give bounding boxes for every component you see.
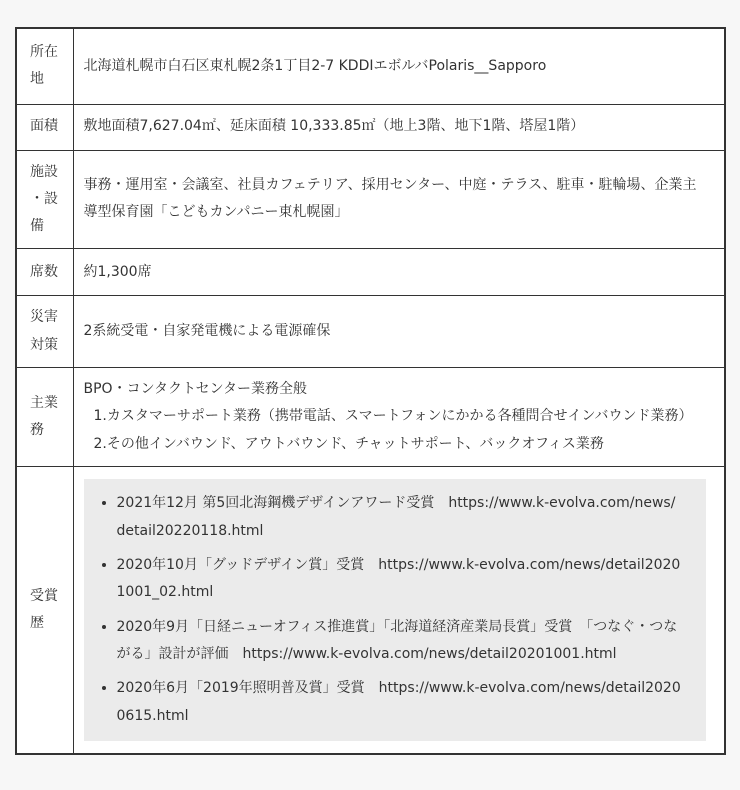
business-line: BPO・コンタクトセンター業務全般 [84, 376, 711, 403]
table-row-disaster: 災害対策 2系統受電・自家発電機による電源確保 [16, 296, 725, 368]
row-label-awards: 受賞歴 [16, 466, 73, 754]
row-label-location: 所在地 [16, 28, 73, 104]
award-item: 2021年12月 第5回北海鋼機デザインアワード受賞 https://www.k… [117, 490, 683, 545]
award-item: 2020年9月「日経ニューオフィス推進賞」「北海道経済産業局長賞」受賞 「つなぐ… [117, 614, 683, 669]
row-value-location: 北海道札幌市白石区東札幌2条1丁目2-7 KDDIエボルバPolaris__Sa… [73, 28, 725, 104]
row-value-facilities: 事務・運用室・会議室、社員カフェテリア、採用センター、中庭・テラス、駐車・駐輪場… [73, 150, 725, 249]
table-row-main-business: 主業務 BPO・コンタクトセンター業務全般 1.カスタマーサポート業務（携帯電話… [16, 367, 725, 466]
row-value-area: 敷地面積7,627.04㎡、延床面積 10,333.85㎡（地上3階、地下1階、… [73, 104, 725, 150]
awards-list: 2021年12月 第5回北海鋼機デザインアワード受賞 https://www.k… [84, 479, 707, 740]
business-line: 1.カスタマーサポート業務（携帯電話、スマートフォンにかかる各種問合せインバウン… [84, 403, 711, 430]
award-item: 2020年10月「グッドデザイン賞」受賞 https://www.k-evolv… [117, 552, 683, 607]
row-label-seats: 席数 [16, 249, 73, 296]
row-value-seats: 約1,300席 [73, 249, 725, 296]
row-value-disaster: 2系統受電・自家発電機による電源確保 [73, 296, 725, 368]
award-item: 2020年6月「2019年照明普及賞」受賞 https://www.k-evol… [117, 675, 683, 730]
row-label-facilities: 施設・設備 [16, 150, 73, 249]
row-value-main-business: BPO・コンタクトセンター業務全般 1.カスタマーサポート業務（携帯電話、スマー… [73, 367, 725, 466]
table-row-location: 所在地 北海道札幌市白石区東札幌2条1丁目2-7 KDDIエボルバPolaris… [16, 28, 725, 104]
table-row-facilities: 施設・設備 事務・運用室・会議室、社員カフェテリア、採用センター、中庭・テラス、… [16, 150, 725, 249]
table-row-seats: 席数 約1,300席 [16, 249, 725, 296]
facility-info-table: 所在地 北海道札幌市白石区東札幌2条1丁目2-7 KDDIエボルバPolaris… [15, 27, 726, 755]
row-label-area: 面積 [16, 104, 73, 150]
table-row-awards: 受賞歴 2021年12月 第5回北海鋼機デザインアワード受賞 https://w… [16, 466, 725, 754]
business-line: 2.その他インバウンド、アウトバウンド、チャットサポート、バックオフィス業務 [84, 431, 711, 458]
row-label-main-business: 主業務 [16, 367, 73, 466]
table-row-area: 面積 敷地面積7,627.04㎡、延床面積 10,333.85㎡（地上3階、地下… [16, 104, 725, 150]
awards-box: 2021年12月 第5回北海鋼機デザインアワード受賞 https://www.k… [84, 479, 707, 740]
row-value-awards: 2021年12月 第5回北海鋼機デザインアワード受賞 https://www.k… [73, 466, 725, 754]
row-label-disaster: 災害対策 [16, 296, 73, 368]
